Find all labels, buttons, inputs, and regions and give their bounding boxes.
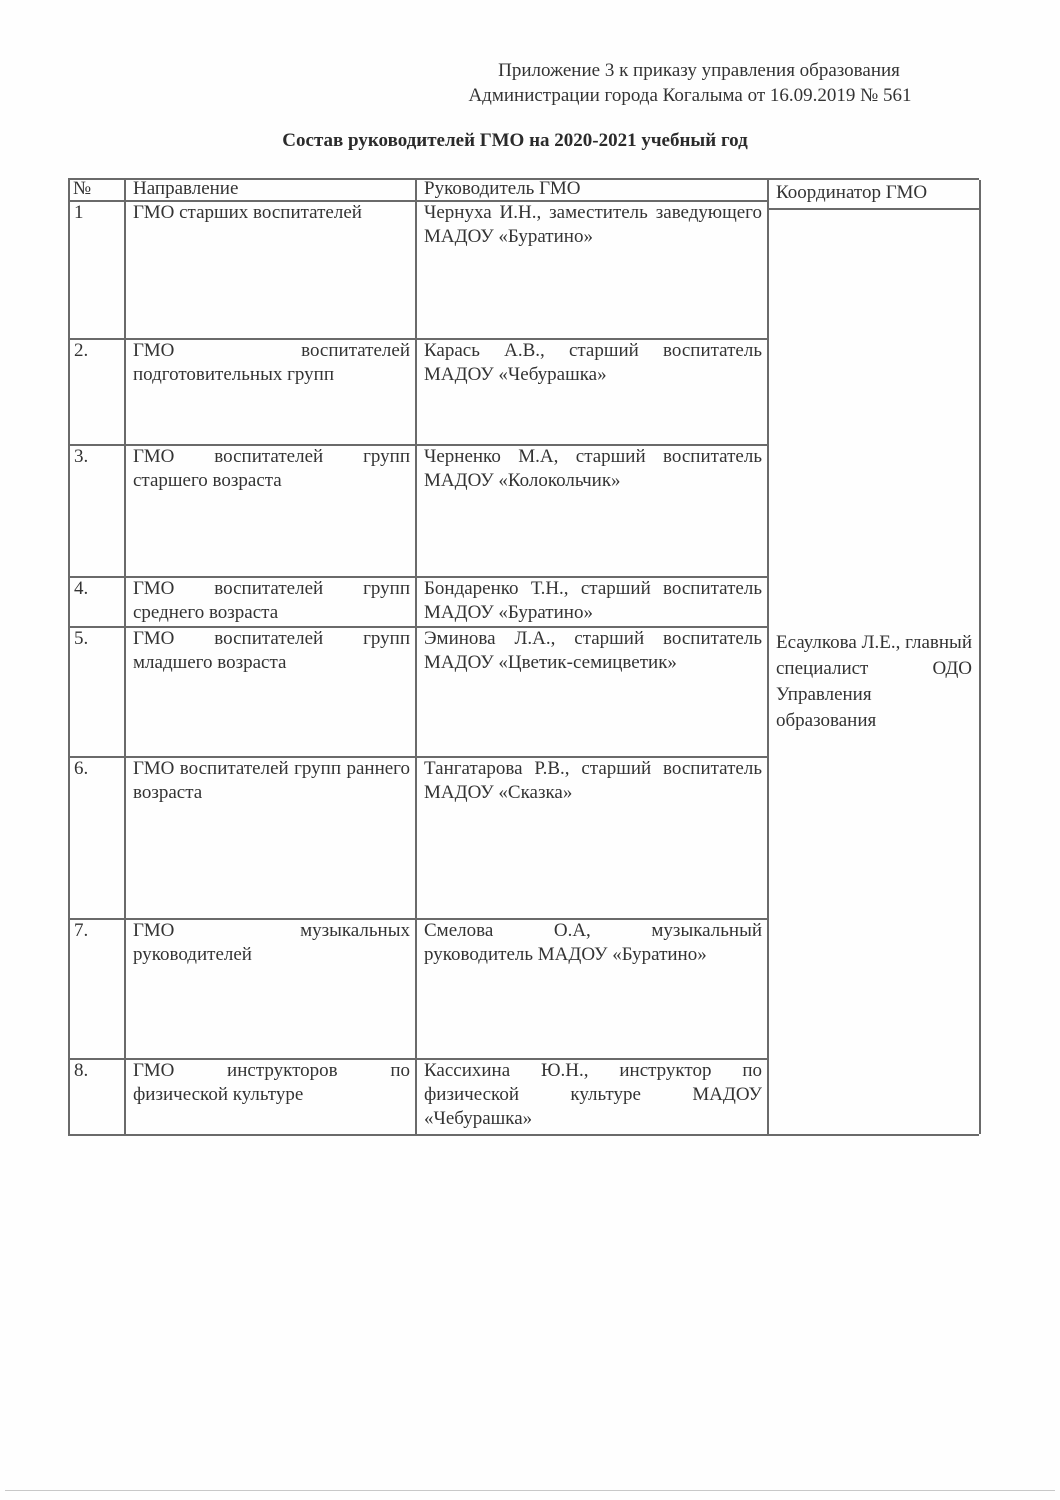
table-vline bbox=[767, 178, 769, 1134]
row-leader: Карась А.В., старший воспитатель МАДОУ «… bbox=[424, 339, 762, 387]
coordinator-cell: Есаулкова Л.Е., главный специалист ОДО У… bbox=[776, 630, 972, 734]
row-number: 3. bbox=[74, 445, 120, 469]
table-vline bbox=[979, 180, 981, 1134]
table-hline bbox=[68, 1134, 979, 1136]
column-header-direction: Направление bbox=[133, 177, 410, 201]
column-header-number: № bbox=[73, 177, 121, 201]
row-direction: ГМО музыкальных руководителей bbox=[133, 919, 410, 967]
row-direction: ГМО воспитателей групп раннего возраста bbox=[133, 757, 410, 805]
row-leader: Бондаренко Т.Н., старший воспитатель МАД… bbox=[424, 577, 762, 625]
row-number: 1 bbox=[74, 201, 120, 225]
row-leader: Черненко М.А, старший воспитатель МАДОУ … bbox=[424, 445, 762, 493]
row-leader: Тангатарова Р.В., старший воспитатель МА… bbox=[424, 757, 762, 805]
table-vline bbox=[68, 178, 70, 1134]
scan-edge-line bbox=[5, 1490, 1055, 1491]
gmo-leaders-table: №НаправлениеРуководитель ГМОКоординатор … bbox=[68, 178, 979, 1135]
row-direction: ГМО инструкторов по физической культуре bbox=[133, 1059, 410, 1107]
row-direction: ГМО воспитателей подготовительных групп bbox=[133, 339, 410, 387]
table-vline bbox=[415, 178, 417, 1134]
row-direction: ГМО воспитателей групп среднего возраста bbox=[133, 577, 410, 625]
row-leader: Эминова Л.А., старший воспитатель МАДОУ … bbox=[424, 627, 762, 675]
row-number: 2. bbox=[74, 339, 120, 363]
row-number: 5. bbox=[74, 627, 120, 651]
table-hline bbox=[767, 208, 979, 210]
row-direction: ГМО старших воспитателей bbox=[133, 201, 410, 225]
column-header-leader: Руководитель ГМО bbox=[424, 177, 762, 201]
row-number: 8. bbox=[74, 1059, 120, 1083]
row-number: 4. bbox=[74, 577, 120, 601]
row-leader: Кассихина Ю.Н., инструктор по физической… bbox=[424, 1059, 762, 1131]
appendix-note: Приложение 3 к приказу управления образо… bbox=[430, 58, 950, 108]
row-direction: ГМО воспитателей групп старшего возраста bbox=[133, 445, 410, 493]
appendix-note-line1: Приложение 3 к приказу управления образо… bbox=[430, 58, 950, 83]
row-leader: Чернуха И.Н., заместитель заведующего МА… bbox=[424, 201, 762, 249]
row-direction: ГМО воспитателей групп младшего возраста bbox=[133, 627, 410, 675]
column-header-coordinator: Координатор ГМО bbox=[776, 181, 974, 205]
row-number: 7. bbox=[74, 919, 120, 943]
table-vline bbox=[124, 178, 126, 1134]
document-title: Состав руководителей ГМО на 2020-2021 уч… bbox=[0, 130, 1030, 152]
appendix-note-line2: Администрации города Когалыма от 16.09.2… bbox=[430, 83, 950, 108]
row-leader: Смелова О.А, музыкальный руководитель МА… bbox=[424, 919, 762, 967]
row-number: 6. bbox=[74, 757, 120, 781]
